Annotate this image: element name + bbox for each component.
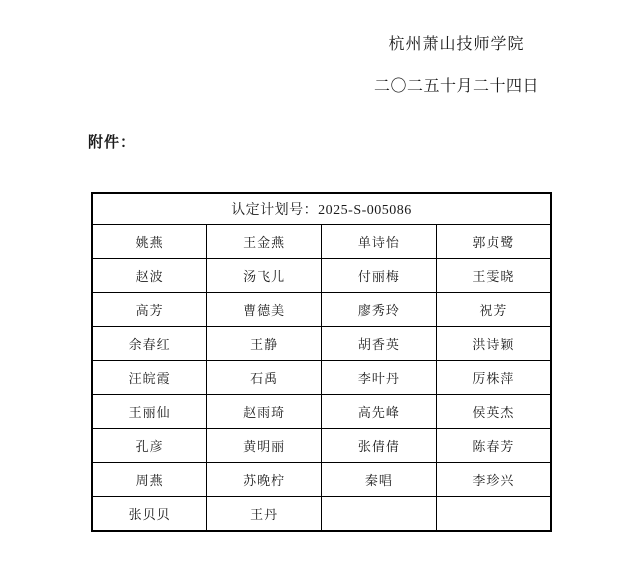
name-cell: 王丹 <box>207 497 322 532</box>
name-cell <box>436 497 551 532</box>
table-row: 张贝贝王丹 <box>92 497 551 532</box>
name-cell: 李叶丹 <box>322 361 437 395</box>
name-cell: 赵雨琦 <box>207 395 322 429</box>
table-row: 王丽仙赵雨琦高先峰侯英杰 <box>92 395 551 429</box>
name-cell: 苏晚柠 <box>207 463 322 497</box>
name-cell: 王静 <box>207 327 322 361</box>
roster-table: 认定计划号：2025-S-005086 姚燕王金燕单诗怡郭贞鹭赵波汤飞儿付丽梅王… <box>91 192 552 532</box>
table-row: 高芳曹德美廖秀玲祝芳 <box>92 293 551 327</box>
name-cell: 孔彦 <box>92 429 207 463</box>
plan-number-title: 认定计划号：2025-S-005086 <box>92 193 551 225</box>
name-cell: 李珍兴 <box>436 463 551 497</box>
name-cell: 郭贞鹭 <box>436 225 551 259</box>
letterhead: 杭州萧山技师学院 二〇二五十月二十四日 <box>280 36 633 96</box>
name-cell: 赵波 <box>92 259 207 293</box>
name-cell: 张贝贝 <box>92 497 207 532</box>
name-cell: 胡香英 <box>322 327 437 361</box>
document-page: 杭州萧山技师学院 二〇二五十月二十四日 附件： 认定计划号：2025-S-005… <box>0 0 633 564</box>
name-cell: 黄明丽 <box>207 429 322 463</box>
name-cell: 付丽梅 <box>322 259 437 293</box>
name-cell: 高芳 <box>92 293 207 327</box>
document-date: 二〇二五十月二十四日 <box>280 78 633 96</box>
name-cell: 姚燕 <box>92 225 207 259</box>
table-row: 孔彦黄明丽张倩倩陈春芳 <box>92 429 551 463</box>
name-cell: 余春红 <box>92 327 207 361</box>
name-cell: 周燕 <box>92 463 207 497</box>
name-cell: 汤飞儿 <box>207 259 322 293</box>
name-cell: 单诗怡 <box>322 225 437 259</box>
title-row: 认定计划号：2025-S-005086 <box>92 193 551 225</box>
name-cell: 高先峰 <box>322 395 437 429</box>
attachment-label: 附件： <box>88 131 136 152</box>
names-table-body: 姚燕王金燕单诗怡郭贞鹭赵波汤飞儿付丽梅王雯晓高芳曹德美廖秀玲祝芳余春红王静胡香英… <box>92 225 551 532</box>
name-cell: 洪诗颖 <box>436 327 551 361</box>
name-cell: 陈春芳 <box>436 429 551 463</box>
name-cell: 王雯晓 <box>436 259 551 293</box>
roster-table-head: 认定计划号：2025-S-005086 <box>92 193 551 225</box>
name-cell: 厉株萍 <box>436 361 551 395</box>
table-row: 赵波汤飞儿付丽梅王雯晓 <box>92 259 551 293</box>
table-row: 姚燕王金燕单诗怡郭贞鹭 <box>92 225 551 259</box>
name-cell: 秦唱 <box>322 463 437 497</box>
name-cell: 汪皖霞 <box>92 361 207 395</box>
organization-name: 杭州萧山技师学院 <box>280 36 633 54</box>
name-cell <box>322 497 437 532</box>
name-cell: 王丽仙 <box>92 395 207 429</box>
table-row: 汪皖霞石禹李叶丹厉株萍 <box>92 361 551 395</box>
name-cell: 廖秀玲 <box>322 293 437 327</box>
name-cell: 张倩倩 <box>322 429 437 463</box>
name-cell: 侯英杰 <box>436 395 551 429</box>
table-row: 余春红王静胡香英洪诗颖 <box>92 327 551 361</box>
name-cell: 曹德美 <box>207 293 322 327</box>
name-cell: 王金燕 <box>207 225 322 259</box>
name-cell: 石禹 <box>207 361 322 395</box>
name-cell: 祝芳 <box>436 293 551 327</box>
table-row: 周燕苏晚柠秦唱李珍兴 <box>92 463 551 497</box>
